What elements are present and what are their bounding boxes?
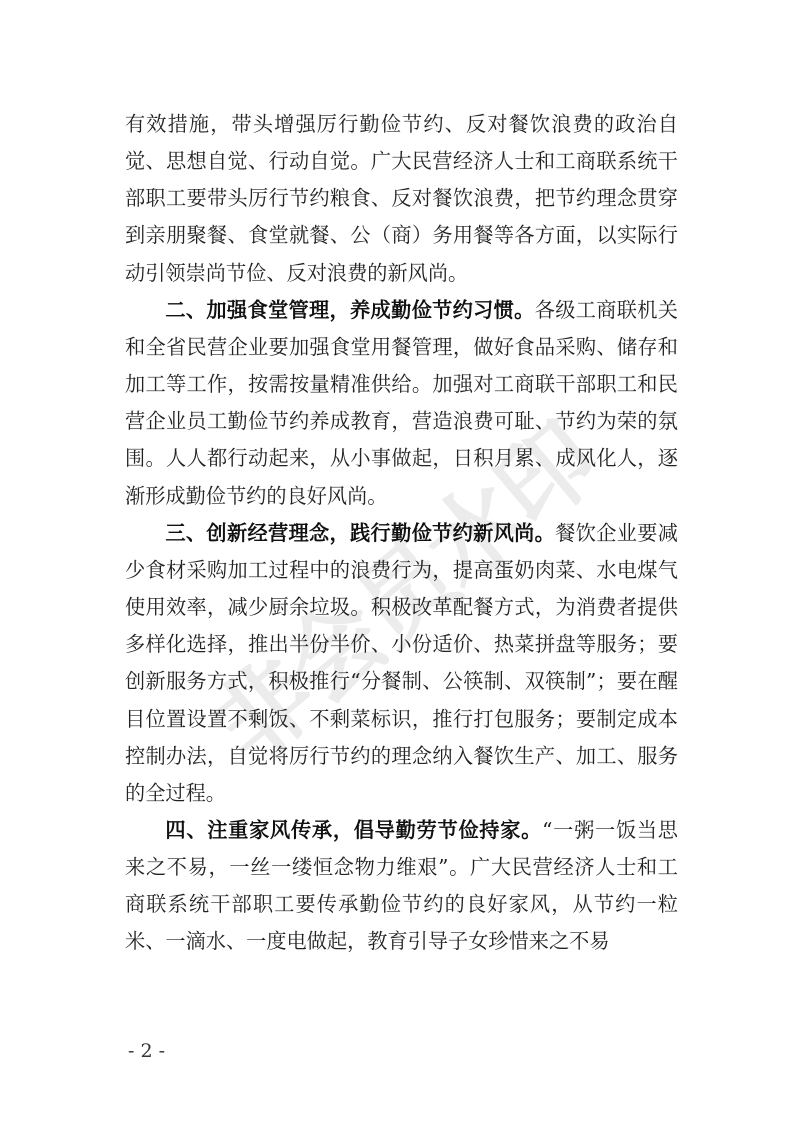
paragraph-4: 四、注重家风传承，倡导勤劳节俭持家。“一粥一饭当思来之不易，一丝一缕恒念物力维艰… xyxy=(125,812,678,961)
paragraph-2: 二、加强食堂管理，养成勤俭节约习惯。各级工商联机关和全省民营企业要加强食堂用餐管… xyxy=(125,292,678,515)
paragraph-1: 有效措施，带头增强厉行勤俭节约、反对餐饮浪费的政治自觉、思想自觉、行动自觉。广大… xyxy=(125,106,678,292)
document-body: 有效措施，带头增强厉行勤俭节约、反对餐饮浪费的政治自觉、思想自觉、行动自觉。广大… xyxy=(125,106,678,961)
page-number: - 2 - xyxy=(128,1040,165,1062)
paragraph-text: 有效措施，带头增强厉行勤俭节约、反对餐饮浪费的政治自觉、思想自觉、行动自觉。广大… xyxy=(125,112,678,285)
document-page: 非会员水印 有效措施，带头增强厉行勤俭节约、反对餐饮浪费的政治自觉、思想自觉、行… xyxy=(0,0,793,1122)
paragraph-heading: 三、创新经营理念，践行勤俭节约新风尚。 xyxy=(165,521,555,545)
paragraph-3: 三、创新经营理念，践行勤俭节约新风尚。餐饮企业要减少食材采购加工过程中的浪费行为… xyxy=(125,515,678,812)
paragraph-text: 各级工商联机关和全省民营企业要加强食堂用餐管理，做好食品采购、储存和加工等工作，… xyxy=(125,298,678,508)
paragraph-heading: 二、加强食堂管理，养成勤俭节约习惯。 xyxy=(165,298,534,322)
paragraph-heading: 四、注重家风传承，倡导勤劳节俭持家。 xyxy=(165,818,542,842)
paragraph-text: 餐饮企业要减少食材采购加工过程中的浪费行为，提高蛋奶肉菜、水电煤气使用效率，减少… xyxy=(125,521,678,805)
